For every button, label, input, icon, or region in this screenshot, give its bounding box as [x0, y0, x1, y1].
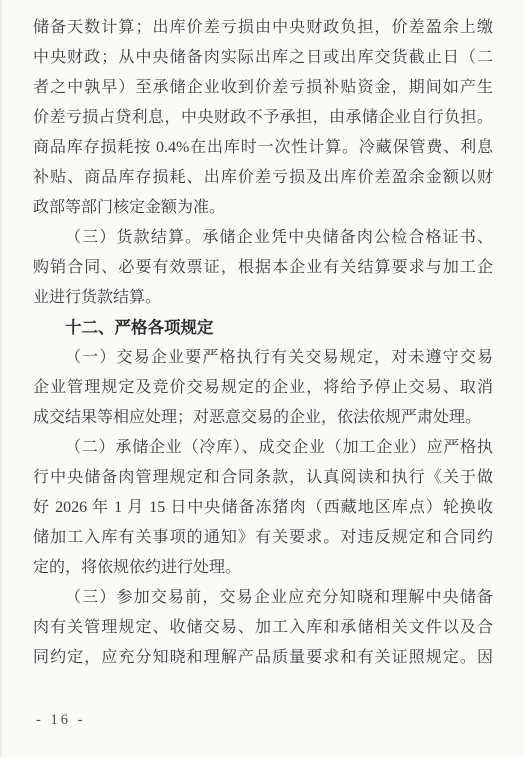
text-line: 商品库存损耗按 0.4%在出库时一次性计算。冷藏保管费、利息: [33, 133, 493, 163]
text-line: 购销合同、必要有效票证，根据本企业有关结算要求与加工企: [33, 253, 493, 283]
page-number: - 16 -: [36, 710, 85, 730]
text-line: 补贴、商品库存损耗、出库价差亏损及出库价差盈余金额以财: [33, 163, 493, 193]
text-line: 定的，将依规依约进行处理。: [33, 553, 493, 583]
text-line: （三）货款结算。承储企业凭中央储备肉公检合格证书、: [33, 223, 493, 253]
paragraph: （三）货款结算。承储企业凭中央储备肉公检合格证书、购销合同、必要有效票证，根据本…: [33, 223, 493, 313]
text-line: 价差亏损占贷利息，中央财政不予承担，由承储企业自行负担。: [33, 103, 493, 133]
section-heading: 十二、严格各项规定: [33, 313, 493, 343]
paragraph: 储备天数计算；出库价差亏损由中央财政负担，价差盈余上缴中央财政；从中央储备肉实际…: [33, 13, 493, 223]
text-line: 政部等部门核定金额为准。: [33, 193, 493, 223]
text-line: （二）承储企业（冷库）、成交企业（加工企业）应严格执: [33, 433, 493, 463]
text-line: 者之中孰早）至承储企业收到价差亏损补贴资金，期间如产生: [33, 73, 493, 103]
text-line: 企业管理规定及竞价交易规定的企业，将给予停止交易、取消: [33, 373, 493, 403]
text-line: 肉有关管理规定、收储交易、加工入库和承储相关文件以及合: [33, 613, 493, 643]
paragraph: （三）参加交易前，交易企业应充分知晓和理解中央储备肉有关管理规定、收储交易、加工…: [33, 583, 493, 673]
scan-edge-shadow: [0, 0, 3, 757]
document-page: 储备天数计算；出库价差亏损由中央财政负担，价差盈余上缴中央财政；从中央储备肉实际…: [0, 0, 524, 757]
text-line: 中央财政；从中央储备肉实际出库之日或出库交货截止日（二: [33, 43, 493, 73]
text-line: （三）参加交易前，交易企业应充分知晓和理解中央储备: [33, 583, 493, 613]
text-line: 十二、严格各项规定: [33, 313, 493, 343]
text-line: 好 2026 年 1 月 15 日中央储备冻猪肉（西藏地区库点）轮换收: [33, 493, 493, 523]
text-line: 储备天数计算；出库价差亏损由中央财政负担，价差盈余上缴: [33, 13, 493, 43]
document-body: 储备天数计算；出库价差亏损由中央财政负担，价差盈余上缴中央财政；从中央储备肉实际…: [33, 13, 493, 673]
text-line: （一）交易企业要严格执行有关交易规定，对未遵守交易: [33, 343, 493, 373]
text-line: 行中央储备肉管理规定和合同条款，认真阅读和执行《关于做: [33, 463, 493, 493]
text-line: 储加工入库有关事项的通知》有关要求。对违反规定和合同约: [33, 523, 493, 553]
text-line: 成交结果等相应处理；对恶意交易的企业，依法依规严肃处理。: [33, 403, 493, 433]
text-line: 同约定，应充分知晓和理解产品质量要求和有关证照规定。因: [33, 643, 493, 673]
paragraph: （一）交易企业要严格执行有关交易规定，对未遵守交易企业管理规定及竞价交易规定的企…: [33, 343, 493, 433]
text-line: 业进行货款结算。: [33, 283, 493, 313]
paragraph: （二）承储企业（冷库）、成交企业（加工企业）应严格执行中央储备肉管理规定和合同条…: [33, 433, 493, 583]
